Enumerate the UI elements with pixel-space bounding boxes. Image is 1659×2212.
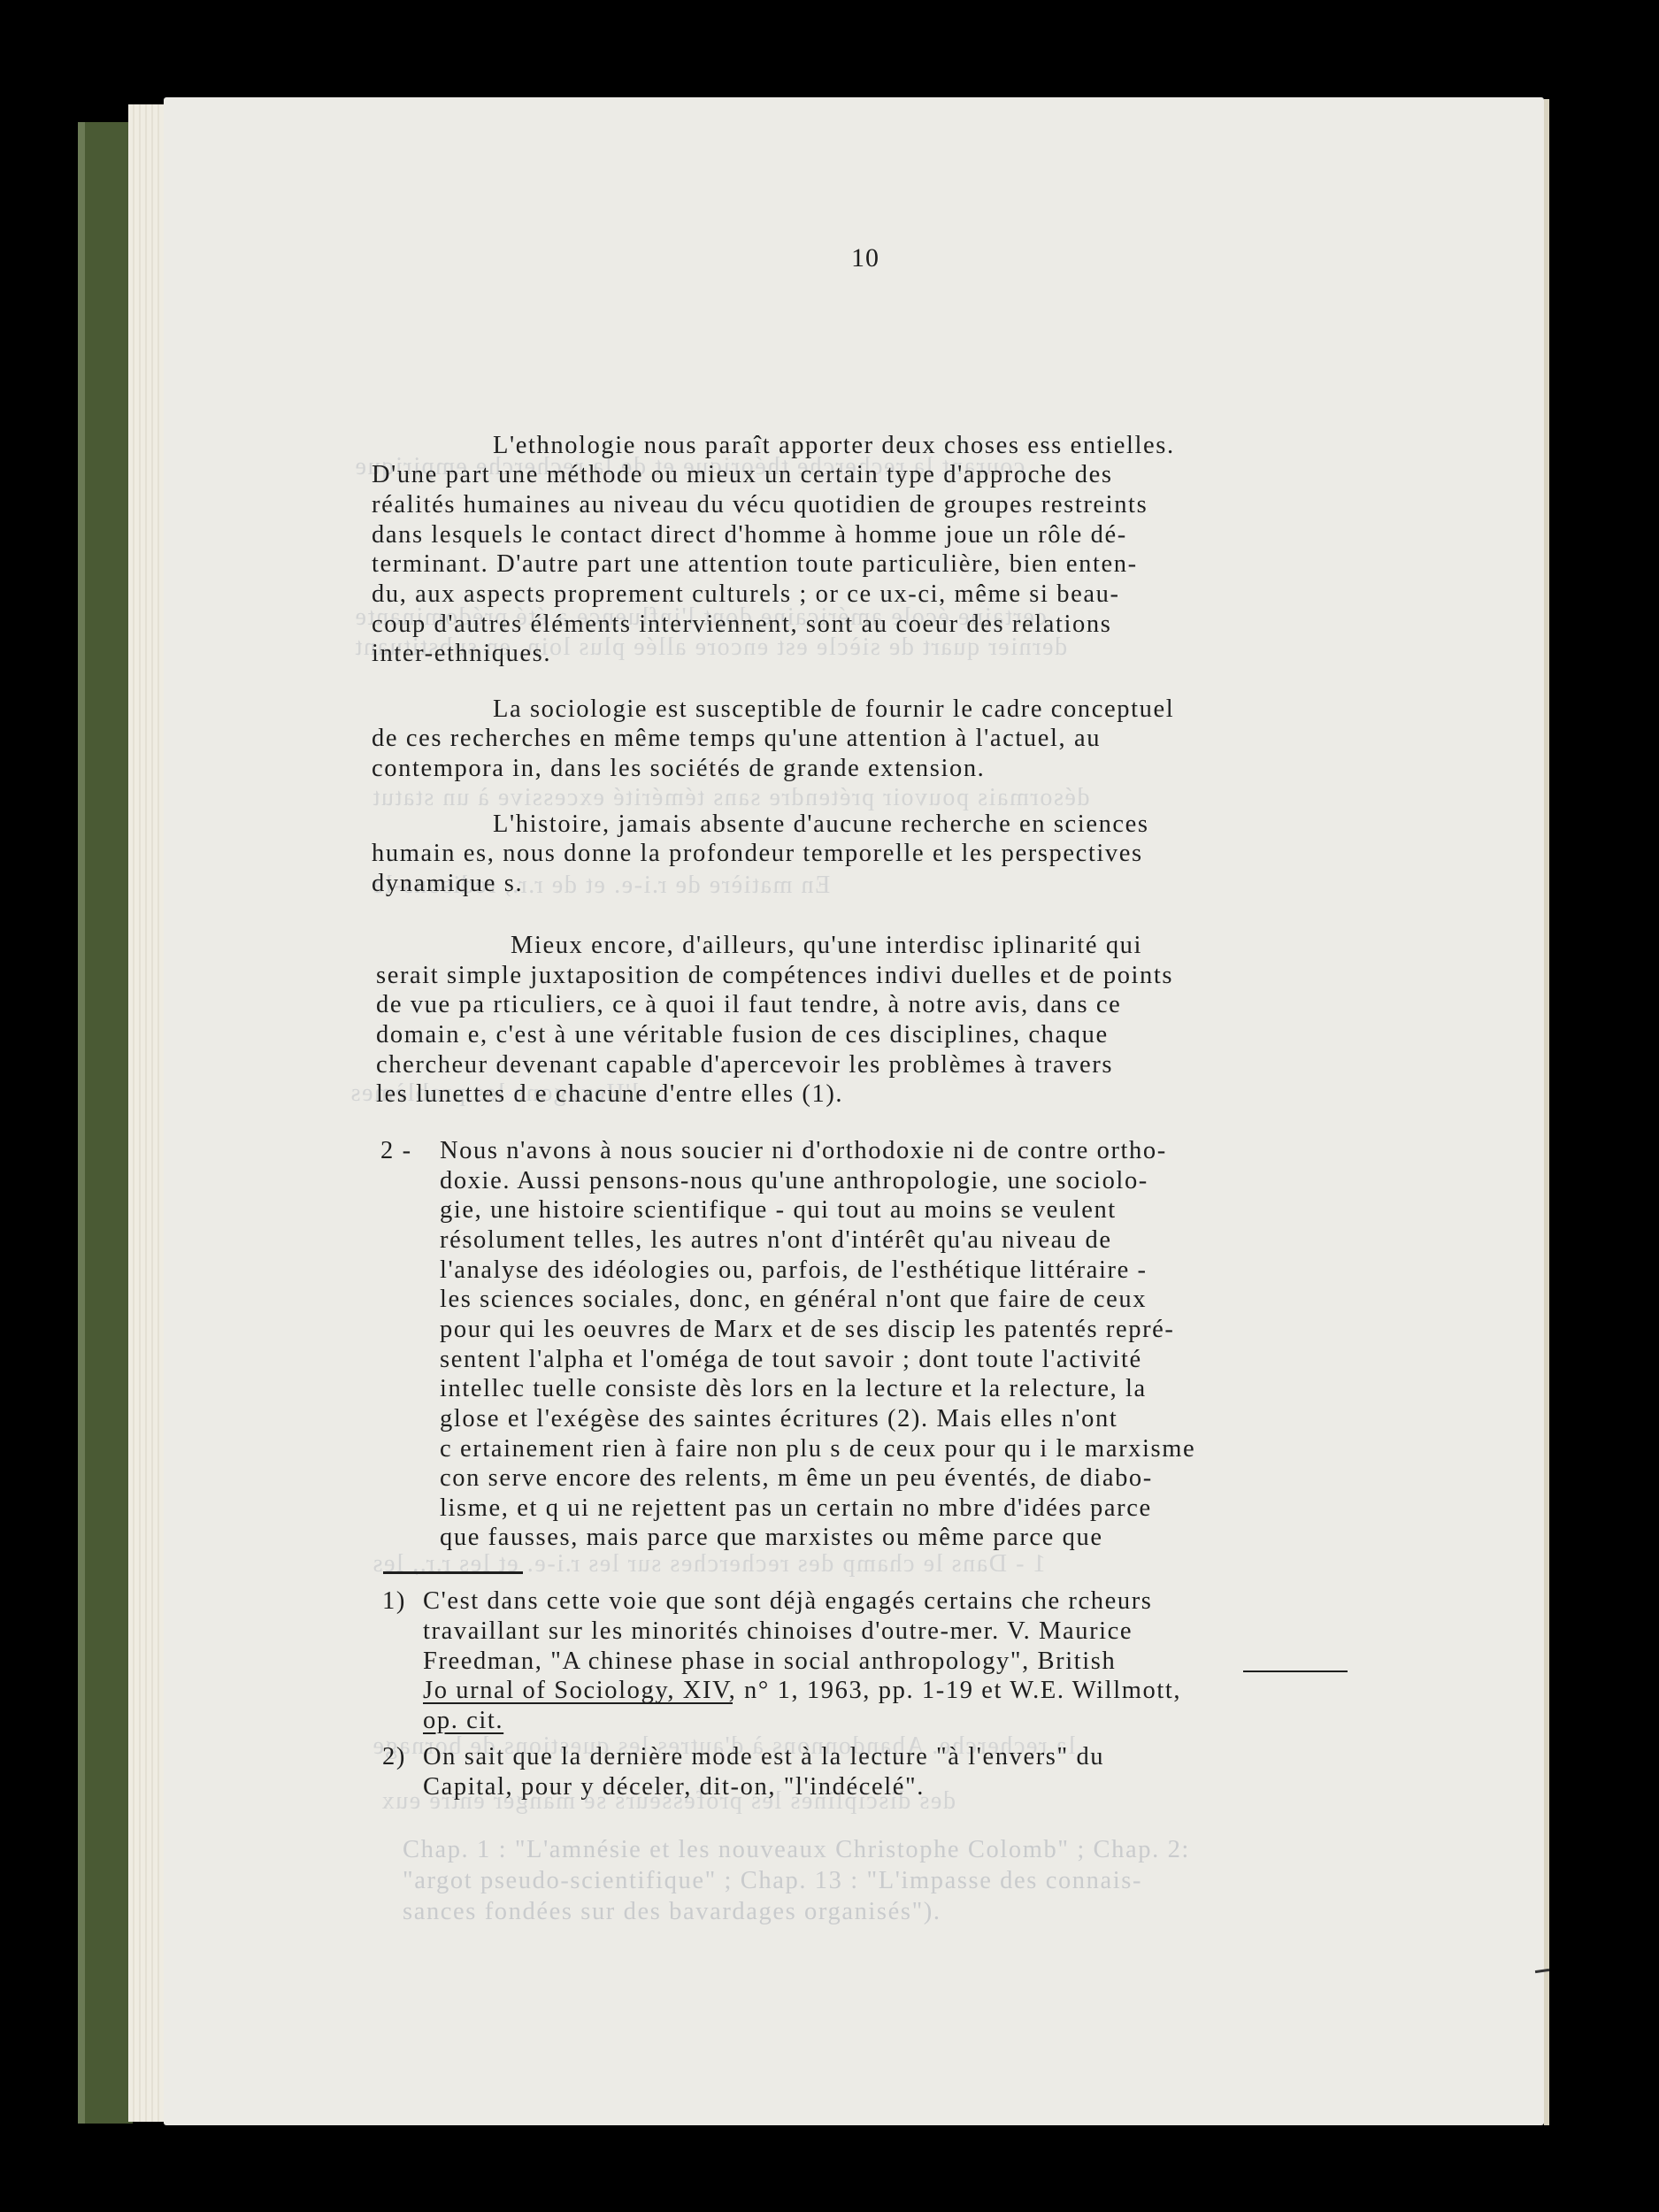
text-line: serait simple juxtaposition de compétenc…	[376, 962, 1173, 990]
text-line: glose et l'exégèse des saintes écritures…	[440, 1405, 1118, 1433]
page-number: 10	[851, 243, 879, 273]
journal-title-underline	[1243, 1671, 1348, 1672]
text-line: dynamique s.	[372, 870, 523, 898]
text-line: On sait que la dernière mode est à la le…	[423, 1743, 1104, 1771]
bleed-through-text: "argot pseudo-scientifique" ; Chap. 13 :…	[403, 1867, 1142, 1895]
footnote-marker: 1)	[382, 1587, 406, 1616]
text-line: coup d'autres éléments interviennent, so…	[372, 611, 1111, 639]
text-line: l'analyse des idéologies ou, parfois, de…	[440, 1256, 1148, 1285]
text-line: pour qui les oeuvres de Marx et de ses d…	[440, 1316, 1175, 1344]
text-line: Jo urnal of Sociology, XIV, n° 1, 1963, …	[423, 1677, 1181, 1705]
text-line: L'ethnologie nous paraît apporter deux c…	[493, 432, 1175, 460]
text-line: intellec tuelle consiste dès lors en la …	[440, 1375, 1147, 1403]
text-line: de ces recherches en même temps qu'une a…	[372, 725, 1101, 753]
footnote-marker: 2)	[382, 1743, 406, 1771]
text-line: L'histoire, jamais absente d'aucune rech…	[493, 810, 1149, 839]
text-line: inter-ethniques.	[372, 640, 551, 668]
page-right-edge	[1544, 99, 1549, 2125]
book-cover-edge	[78, 122, 85, 2124]
text-line: les sciences sociales, donc, en général …	[440, 1286, 1147, 1314]
text-line: travaillant sur les minorités chinoises …	[423, 1617, 1133, 1646]
text-line: doxie. Aussi pensons-nous qu'une anthrop…	[440, 1167, 1148, 1195]
text-line: dans lesquels le contact direct d'homme …	[372, 521, 1127, 549]
text-line: lisme, et q ui ne rejettent pas un certa…	[440, 1494, 1152, 1523]
text-line: La sociologie est susceptible de fournir…	[493, 695, 1174, 724]
text-line: chercheur devenant capable d'apercevoir …	[376, 1051, 1113, 1079]
text-line: que fausses, mais parce que marxistes ou…	[440, 1524, 1103, 1552]
text-line: gie, une histoire scientifique - qui tou…	[440, 1196, 1117, 1225]
page-sheet	[164, 97, 1544, 2125]
text-line: Freedman, "A chinese phase in social ant…	[423, 1647, 1116, 1676]
text-line: Nous n'avons à nous soucier ni d'orthodo…	[440, 1137, 1167, 1165]
text-line: Capital, pour y déceler, dit-on, "l'indé…	[423, 1773, 925, 1801]
footnote-separator	[383, 1571, 523, 1574]
text-line: humain es, nous donne la profondeur temp…	[372, 840, 1143, 868]
text-line: con serve encore des relents, m ême un p…	[440, 1464, 1153, 1493]
text-line: résolument telles, les autres n'ont d'in…	[440, 1226, 1112, 1255]
page-stack-edges	[128, 104, 168, 2122]
bleed-through-text: Chap. 1 : "L'amnésie et les nouveaux Chr…	[403, 1836, 1190, 1864]
text-line: sentent l'alpha et l'oméga de tout savoi…	[440, 1346, 1142, 1374]
text-line: de vue pa rticuliers, ce à quoi il faut …	[376, 991, 1121, 1019]
book-cover	[78, 122, 133, 2124]
text-line: contempora in, dans les sociétés de gran…	[372, 755, 985, 783]
text-line: C'est dans cette voie que sont déjà enga…	[423, 1587, 1153, 1616]
text-line: c ertainement rien à faire non plu s de …	[440, 1435, 1195, 1463]
text-line: D'une part une méthode ou mieux un certa…	[372, 461, 1113, 489]
text-line: domain e, c'est à une véritable fusion d…	[376, 1021, 1109, 1049]
bleed-through-text: 1 - Dans le champ des recherches sur les…	[372, 1550, 1046, 1578]
bleed-through-text: désormais pouvoir prétendre sans témérit…	[372, 784, 1089, 812]
journal-title-underline	[423, 1702, 733, 1704]
item-marker: 2 -	[380, 1137, 412, 1165]
text-line: les lunettes d e chacune d'entre elles (…	[376, 1080, 843, 1109]
text-line: réalités humaines au niveau du vécu quot…	[372, 491, 1148, 519]
citation-op-cit: op. cit.	[423, 1707, 503, 1735]
text-line: terminant. D'autre part une attention to…	[372, 550, 1138, 579]
text-line: Mieux encore, d'ailleurs, qu'une interdi…	[511, 932, 1142, 960]
text-line: du, aux aspects proprement culturels ; o…	[372, 580, 1120, 609]
bleed-through-text: sances fondées sur des bavardages organi…	[403, 1898, 941, 1926]
